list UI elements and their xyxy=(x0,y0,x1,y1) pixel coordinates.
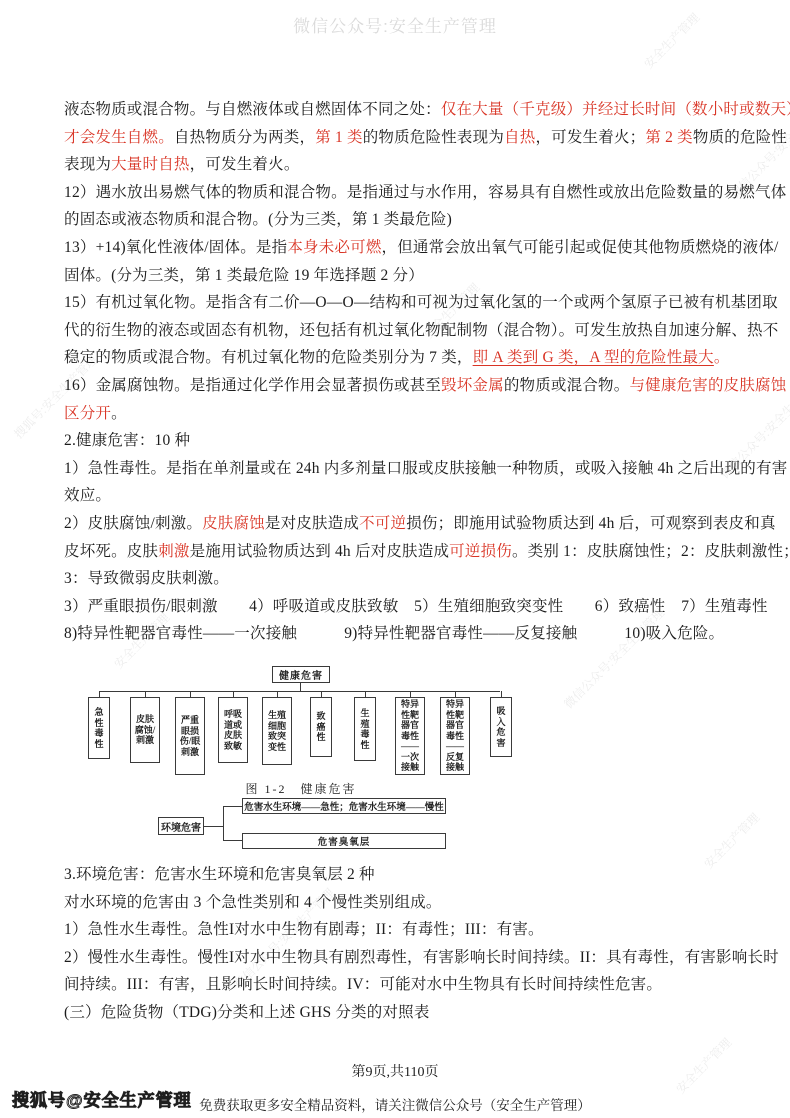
text-line: 液态物质或混合物。与自燃液体或自燃固体不同之处：仅在大量（千克级）并经过长时间（… xyxy=(64,96,736,124)
text-line: 才会发生自燃。自热物质分为两类，第 1 类的物质危险性表现为自热，可发生着火；第… xyxy=(64,124,736,152)
text-segment: 3.环境危害：危害水生环境和危害臭氧层 2 种 xyxy=(64,866,375,883)
text-line: 3）严重眼损伤/眼刺激 4）呼吸道或皮肤致敏 5）生殖细胞致突变性 6）致癌性 … xyxy=(64,593,736,621)
text-line: 12）遇水放出易燃气体的物质和混合物。是指通过与水作用，容易具有自燃性或放出危险… xyxy=(64,179,736,207)
text-segment: 15）有机过氧化物。是指含有二价—O—O—结构和可视为过氧化氢的一个或两个氢原子… xyxy=(64,294,778,311)
text-line: 3.环境危害：危害水生环境和危害臭氧层 2 种 xyxy=(64,861,736,889)
text-segment: ，可发生着火； xyxy=(535,129,645,146)
text-segment: 。 xyxy=(111,405,127,422)
footer-promo-text: 免费获取更多安全精品资料，请关注微信公众号（安全生产管理） xyxy=(0,1094,790,1114)
text-line: 效应。 xyxy=(64,482,736,510)
text-segment: ，但通常会放出氧气可能引起或促使其他物质燃烧的液体/ xyxy=(382,239,779,256)
figure-leaf-box: 特异性靶器官毒性——反复接触 xyxy=(440,697,470,775)
text-segment: 2）慢性水生毒性。慢性I对水中生物具有剧烈毒性，有害影响长时间持续。II：具有毒… xyxy=(64,949,779,966)
text-segment: 代的衍生物的液态或固态有机物，还包括有机过氧化物配制物（混合物）。可发生放热自加… xyxy=(64,322,778,339)
text-segment: 固体。(分为三类，第 1 类最危险 19 年选择题 2 分） xyxy=(64,267,424,284)
figure-root-box: 环境危害 xyxy=(158,817,204,835)
connector-line xyxy=(99,691,500,692)
figure-leaf-box: 严重眼损伤/眼刺激 xyxy=(175,697,205,775)
figure-health-hazards: 健康危害 急性毒性皮肤腐蚀/刺激严重眼损伤/眼刺激呼吸道或皮肤致敏生殖细胞致突变… xyxy=(84,664,524,792)
text-segment: 即 A 类到 G 类，A 型的危险性最大 xyxy=(473,349,714,366)
figure-leaf-box: 致癌性 xyxy=(310,697,332,757)
text-line: 2.健康危害：10 种 xyxy=(64,427,736,455)
text-line: 2）慢性水生毒性。慢性I对水中生物具有剧烈毒性，有害影响长时间持续。II：具有毒… xyxy=(64,944,736,972)
text-line: 皮坏死。皮肤刺激是施用试验物质达到 4h 后对皮肤造成可逆损伤。类别 1：皮肤腐… xyxy=(64,538,736,566)
text-segment: 的物质危险性表现为 xyxy=(363,129,504,146)
text-segment: 对水环境的危害由 3 个急性类别和 4 个慢性类别组成。 xyxy=(64,894,442,911)
text-line: (三）危险货物（TDG)分类和上述 GHS 分类的对照表 xyxy=(64,999,736,1027)
text-line: 1）急性毒性。是指在单剂量或在 24h 内多剂量口服或皮肤接触一种物质，或吸入接… xyxy=(64,455,736,483)
text-line: 15）有机过氧化物。是指含有二价—O—O—结构和可视为过氧化氢的一个或两个氢原子… xyxy=(64,289,736,317)
text-segment: 13）+14)氧化性液体/固体。是指 xyxy=(64,239,287,256)
text-segment: 16）金属腐蚀物。是指通过化学作用会显著损伤或甚至 xyxy=(64,377,441,394)
text-segment: 毁坏金属 xyxy=(441,377,504,394)
text-segment: 不可逆 xyxy=(359,515,406,532)
text-segment: 间持续。III：有害，且影响长时间持续。IV：可能对水中生物具有长时间持续性危害… xyxy=(64,976,662,993)
text-segment: 。 xyxy=(714,349,730,366)
text-segment: 2.健康危害：10 种 xyxy=(64,432,190,449)
text-segment: 与健康危害的皮肤腐蚀 xyxy=(629,377,786,394)
text-segment: 的物质或混合物。 xyxy=(504,377,630,394)
text-line: 代的衍生物的液态或固态有机物，还包括有机过氧化物配制物（混合物）。可发生放热自加… xyxy=(64,317,736,345)
text-segment: 自热 xyxy=(504,129,535,146)
text-segment: 效应。 xyxy=(64,487,111,504)
text-line: 1）急性水生毒性。急性I对水中生物有剧毒；II：有毒性；III：有害。 xyxy=(64,916,736,944)
text-segment: 皮坏死。皮肤 xyxy=(64,543,158,560)
page-number: 第9页,共110页 xyxy=(0,1061,790,1081)
text-line: 16）金属腐蚀物。是指通过化学作用会显著损伤或甚至毁坏金属的物质或混合物。与健康… xyxy=(64,372,736,400)
text-segment: 损伤；即施用试验物质达到 4h 后，可观察到表皮和真 xyxy=(406,515,775,532)
text-line: 表现为大量时自热，可发生着火。 xyxy=(64,151,736,179)
text-segment: 自热物质分为两类， xyxy=(174,129,315,146)
text-segment: 3：导致微弱皮肤刺激。 xyxy=(64,570,229,587)
text-line: 3：导致微弱皮肤刺激。 xyxy=(64,565,736,593)
text-segment: 稳定的物质或混合物。有机过氧化物的危险类别分为 7 类， xyxy=(64,349,473,366)
text-line: 13）+14)氧化性液体/固体。是指本身未必可燃，但通常会放出氧气可能引起或促使… xyxy=(64,234,736,262)
text-segment: 是施用试验物质达到 4h 后对皮肤造成 xyxy=(190,543,450,560)
figure-environment-hazards: 环境危害 危害水生环境——急性；危害水生环境——慢性 危害臭氧层 xyxy=(130,794,460,856)
text-line: 的固态或液态物质和混合物。(分为三类，第 1 类最危险) xyxy=(64,206,736,234)
document-page: 微信公众号:安全生产管理 安全生产管理微信公众号:安全生产管理搜狐号:安全生产管… xyxy=(0,0,790,1118)
figure-leaf-box: 吸入危害 xyxy=(490,697,512,757)
text-segment: 刺激 xyxy=(158,543,189,560)
text-segment: 第 1 类 xyxy=(315,129,363,146)
text-segment: 液态物质或混合物。与自燃液体或自燃固体不同之处： xyxy=(64,101,441,118)
connector-line xyxy=(223,840,242,841)
text-segment: 1）急性毒性。是指在单剂量或在 24h 内多剂量口服或皮肤接触一种物质，或吸入接… xyxy=(64,460,787,477)
figure-leaf-box: 呼吸道或皮肤致敏 xyxy=(218,697,248,763)
text-line: 8)特异性靶器官毒性——一次接触 9)特异性靶器官毒性——反复接触 10)吸入危… xyxy=(64,620,736,648)
connector-line xyxy=(300,683,301,691)
connector-line xyxy=(223,806,224,841)
header-watermark: 微信公众号:安全生产管理 xyxy=(0,12,790,37)
connector-line xyxy=(204,826,223,827)
text-line: 间持续。III：有害，且影响长时间持续。IV：可能对水中生物具有长时间持续性危害… xyxy=(64,971,736,999)
figure-branch-aquatic: 危害水生环境——急性；危害水生环境——慢性 xyxy=(242,798,446,814)
text-line: 固体。(分为三类，第 1 类最危险 19 年选择题 2 分） xyxy=(64,262,736,290)
text-segment: 8)特异性靶器官毒性——一次接触 9)特异性靶器官毒性——反复接触 10)吸入危… xyxy=(64,625,724,642)
text-block-upper: 液态物质或混合物。与自燃液体或自燃固体不同之处：仅在大量（千克级）并经过长时间（… xyxy=(64,96,736,648)
connector-line xyxy=(223,806,242,807)
text-segment: 才会发生自燃。 xyxy=(64,129,174,146)
text-segment: 可逆损伤 xyxy=(449,543,512,560)
text-segment: 区分开 xyxy=(64,405,111,422)
figure-leaf-box: 皮肤腐蚀/刺激 xyxy=(130,697,160,763)
figure-leaf-box: 生殖毒性 xyxy=(354,697,376,761)
text-line: 2）皮肤腐蚀/刺激。皮肤腐蚀是对皮肤造成不可逆损伤；即施用试验物质达到 4h 后… xyxy=(64,510,736,538)
text-segment: 。类别 1：皮肤腐蚀性；2：皮肤刺激性； xyxy=(512,543,790,560)
text-segment: 1）急性水生毒性。急性I对水中生物有剧毒；II：有毒性；III：有害。 xyxy=(64,921,544,938)
figure-branch-ozone: 危害臭氧层 xyxy=(242,833,446,849)
figure-root-box: 健康危害 xyxy=(272,666,330,683)
text-segment: 12）遇水放出易燃气体的物质和混合物。是指通过与水作用，容易具有自燃性或放出危险… xyxy=(64,184,786,201)
figure-leaf-box: 特异性靶器官毒性——一次接触 xyxy=(395,697,425,775)
text-segment: 大量时自热 xyxy=(111,156,190,173)
text-segment: (三）危险货物（TDG)分类和上述 GHS 分类的对照表 xyxy=(64,1004,430,1021)
text-line: 对水环境的危害由 3 个急性类别和 4 个慢性类别组成。 xyxy=(64,889,736,917)
text-segment: 本身未必可燃 xyxy=(287,239,381,256)
text-segment: 3）严重眼损伤/眼刺激 4）呼吸道或皮肤致敏 5）生殖细胞致突变性 6）致癌性 … xyxy=(64,598,768,615)
text-line: 区分开。 xyxy=(64,400,736,428)
text-segment: 2）皮肤腐蚀/刺激。 xyxy=(64,515,202,532)
text-segment: 仅在大量（千克级）并经过长时间（数小时或数天） xyxy=(441,101,790,118)
figure-leaf-box: 急性毒性 xyxy=(88,697,110,759)
text-segment: 是对皮肤造成 xyxy=(265,515,359,532)
text-segment: 物质的危险性 xyxy=(693,129,787,146)
text-segment: 的固态或液态物质和混合物。(分为三类，第 1 类最危险) xyxy=(64,211,452,228)
text-segment: 皮肤腐蚀 xyxy=(202,515,265,532)
figure-leaf-box: 生殖细胞致突变性 xyxy=(262,697,292,765)
text-segment: ，可发生着火。 xyxy=(190,156,300,173)
text-segment: 第 2 类 xyxy=(645,129,693,146)
text-block-lower: 3.环境危害：危害水生环境和危害臭氧层 2 种对水环境的危害由 3 个急性类别和… xyxy=(64,861,736,1027)
text-segment: 表现为 xyxy=(64,156,111,173)
text-line: 稳定的物质或混合物。有机过氧化物的危险类别分为 7 类，即 A 类到 G 类，A… xyxy=(64,344,736,372)
